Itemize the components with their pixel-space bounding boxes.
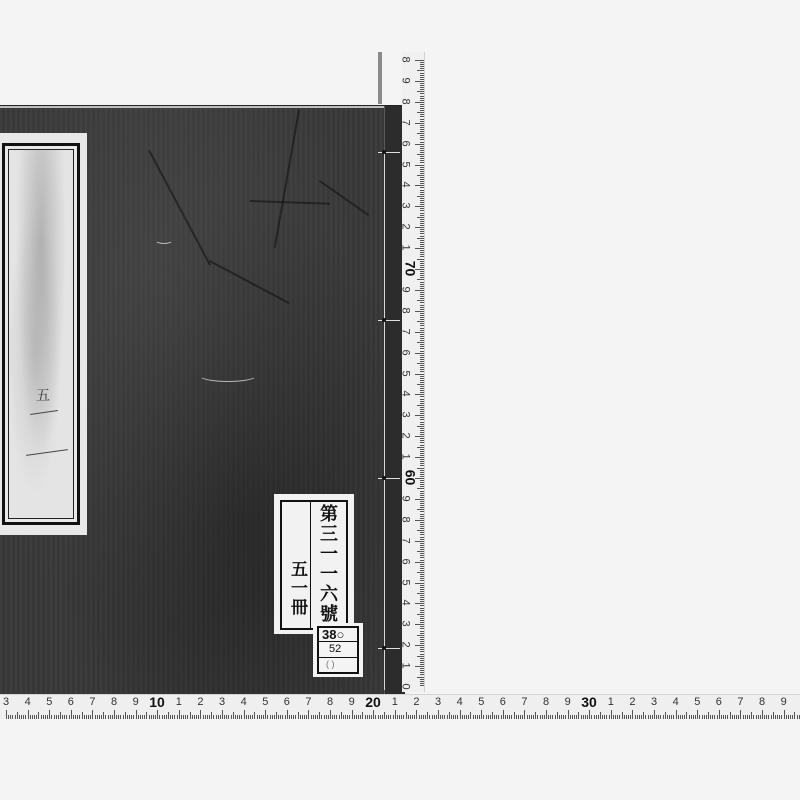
ruler-tick bbox=[516, 715, 517, 719]
ruler-tick bbox=[663, 715, 664, 719]
ruler-tick bbox=[97, 715, 98, 719]
ruler-tick bbox=[415, 165, 424, 166]
ruler-tick bbox=[587, 715, 588, 719]
ruler-tick bbox=[420, 633, 424, 634]
ruler-tick bbox=[401, 715, 402, 719]
ruler-tick bbox=[408, 715, 409, 719]
ruler-tick bbox=[270, 715, 271, 719]
ruler-tick bbox=[69, 715, 70, 719]
stitch-hole bbox=[382, 318, 386, 322]
ruler-tick bbox=[263, 715, 264, 719]
ruler-tick bbox=[420, 62, 424, 63]
ruler-tick bbox=[420, 451, 424, 452]
ruler-tick bbox=[420, 68, 424, 69]
ruler-tick bbox=[420, 169, 424, 170]
ruler-tick bbox=[420, 346, 424, 347]
ruler-label: 6 bbox=[400, 558, 411, 564]
ruler-label: 1 bbox=[608, 697, 614, 708]
ruler-label: 1 bbox=[176, 697, 182, 708]
ruler-tick bbox=[390, 715, 391, 719]
ruler-tick bbox=[420, 486, 424, 487]
ruler-tick bbox=[174, 715, 175, 719]
ruler-tick bbox=[420, 64, 424, 65]
ruler-tick bbox=[420, 244, 424, 245]
ruler-tick bbox=[420, 340, 424, 341]
ruler-tick bbox=[427, 712, 428, 719]
ruler-tick bbox=[415, 144, 424, 145]
ruler-tick bbox=[449, 712, 450, 719]
ruler-tick bbox=[114, 710, 115, 719]
ruler-tick bbox=[420, 367, 424, 368]
ruler-tick bbox=[537, 715, 538, 719]
ruler-label: 3 bbox=[651, 697, 657, 708]
ruler-tick bbox=[420, 576, 424, 577]
ruler-tick bbox=[304, 715, 305, 719]
ruler-tick bbox=[382, 715, 383, 719]
ruler-label: 10 bbox=[149, 697, 165, 708]
ruler-tick bbox=[492, 712, 493, 719]
fiber bbox=[198, 368, 258, 382]
ruler-label: 5 bbox=[478, 697, 484, 708]
ruler-tick bbox=[420, 660, 424, 661]
ruler-tick bbox=[415, 583, 424, 584]
ruler-tick bbox=[71, 710, 72, 719]
ruler-label: 8 bbox=[111, 697, 117, 708]
ruler-tick bbox=[730, 712, 731, 719]
ruler-tick bbox=[168, 712, 169, 719]
ruler-tick bbox=[420, 110, 424, 111]
ruler-tick bbox=[420, 225, 424, 226]
ruler-tick bbox=[28, 710, 29, 719]
ruler-tick bbox=[352, 710, 353, 719]
ruler-tick bbox=[420, 643, 424, 644]
ruler-tick bbox=[420, 392, 424, 393]
ruler-tick bbox=[406, 712, 407, 719]
ruler-tick bbox=[306, 715, 307, 719]
ruler-tick bbox=[420, 647, 424, 648]
ruler-tick bbox=[420, 545, 424, 546]
ruler-tick bbox=[420, 369, 424, 370]
ruler-tick bbox=[760, 715, 761, 719]
ruler-tick bbox=[420, 495, 424, 496]
ruler-tick bbox=[527, 715, 528, 719]
ruler-tick bbox=[220, 715, 221, 719]
ruler-tick bbox=[420, 612, 424, 613]
ruler-tick bbox=[198, 715, 199, 719]
ruler-tick bbox=[241, 715, 242, 719]
ruler-tick bbox=[420, 578, 424, 579]
ruler-tick bbox=[420, 505, 424, 506]
ruler-tick bbox=[280, 715, 281, 719]
ruler-tick bbox=[691, 715, 692, 719]
ruler-tick bbox=[420, 672, 424, 673]
ruler-tick bbox=[420, 187, 424, 188]
ruler-tick bbox=[420, 532, 424, 533]
ruler-label: 4 bbox=[673, 697, 679, 708]
ruler-tick bbox=[420, 553, 424, 554]
ruler-tick bbox=[213, 715, 214, 719]
stitch-hole bbox=[382, 150, 386, 154]
ruler-tick bbox=[420, 424, 424, 425]
ruler-label: 3 bbox=[219, 697, 225, 708]
ruler-tick bbox=[138, 715, 139, 719]
ruler-tick bbox=[420, 679, 424, 680]
ruler-tick bbox=[317, 715, 318, 719]
ruler-tick bbox=[420, 194, 424, 195]
ruler-tick bbox=[420, 566, 424, 567]
ruler-tick bbox=[420, 215, 424, 216]
ruler-tick bbox=[591, 715, 592, 719]
ruler-label: 9 bbox=[400, 77, 411, 83]
ruler-label: 6 bbox=[716, 697, 722, 708]
ruler-tick bbox=[415, 332, 424, 333]
ruler-tick bbox=[417, 259, 424, 260]
ruler-tick bbox=[520, 715, 521, 719]
ruler-tick bbox=[118, 715, 119, 719]
ruler-tick bbox=[507, 715, 508, 719]
ruler-tick bbox=[436, 715, 437, 719]
ruler-tick bbox=[417, 614, 424, 615]
ruler-tick bbox=[606, 715, 607, 719]
ruler-tick bbox=[421, 715, 422, 719]
ruler-tick bbox=[740, 710, 741, 719]
ruler-label: 8 bbox=[759, 697, 765, 708]
ruler-tick bbox=[420, 511, 424, 512]
ruler-tick bbox=[676, 710, 677, 719]
ruler-tick bbox=[32, 715, 33, 719]
ruler-label: 4 bbox=[25, 697, 31, 708]
ruler-tick bbox=[49, 710, 50, 719]
ruler-label: 5 bbox=[694, 697, 700, 708]
ruler-tick bbox=[420, 288, 424, 289]
ruler-tick bbox=[550, 715, 551, 719]
ruler-tick bbox=[673, 715, 674, 719]
ruler-tick bbox=[162, 715, 163, 719]
ruler-tick bbox=[420, 89, 424, 90]
ruler-tick bbox=[420, 348, 424, 349]
ruler-tick bbox=[420, 482, 424, 483]
ruler-tick bbox=[51, 715, 52, 719]
ruler-tick bbox=[609, 715, 610, 719]
ruler-tick bbox=[334, 715, 335, 719]
ruler-tick bbox=[384, 712, 385, 719]
ruler-tick bbox=[321, 715, 322, 719]
ruler-tick bbox=[736, 715, 737, 719]
ruler-tick bbox=[105, 715, 106, 719]
ruler-tick bbox=[420, 428, 424, 429]
ruler-tick bbox=[417, 342, 424, 343]
ruler-tick bbox=[420, 474, 424, 475]
ruler-tick bbox=[447, 715, 448, 719]
ruler-tick bbox=[415, 123, 424, 124]
ruler-tick bbox=[36, 715, 37, 719]
label-divider bbox=[310, 502, 311, 628]
ruler-tick bbox=[25, 715, 26, 719]
ruler-tick bbox=[686, 712, 687, 719]
ruler-tick bbox=[725, 715, 726, 719]
ruler-tick bbox=[585, 715, 586, 719]
ruler-tick bbox=[477, 715, 478, 719]
ruler-tick bbox=[393, 715, 394, 719]
ruler-tick bbox=[420, 202, 424, 203]
ruler-tick bbox=[77, 715, 78, 719]
ruler-tick bbox=[475, 715, 476, 719]
ruler-tick bbox=[209, 715, 210, 719]
ruler-tick bbox=[415, 102, 424, 103]
ruler-tick bbox=[313, 715, 314, 719]
ruler-tick bbox=[285, 715, 286, 719]
ruler-tick bbox=[505, 715, 506, 719]
ruler-tick bbox=[417, 405, 424, 406]
ruler-tick bbox=[412, 715, 413, 719]
ruler-tick bbox=[244, 710, 245, 719]
ruler-tick bbox=[326, 715, 327, 719]
ruler-tick bbox=[420, 313, 424, 314]
horizontal-ruler: 3456789101234567892012345678930123456789 bbox=[0, 694, 800, 719]
ruler-tick bbox=[420, 344, 424, 345]
ruler-tick bbox=[420, 150, 424, 151]
ruler-tick bbox=[420, 470, 424, 471]
ruler-tick bbox=[356, 715, 357, 719]
ruler-tick bbox=[92, 710, 93, 719]
ruler-tick bbox=[420, 338, 424, 339]
ruler-tick bbox=[420, 654, 424, 655]
ruler-tick bbox=[417, 154, 424, 155]
ruler-tick bbox=[420, 302, 424, 303]
ruler-tick bbox=[420, 568, 424, 569]
ruler-tick bbox=[546, 710, 547, 719]
ruler-label: 7 bbox=[737, 697, 743, 708]
ruler-label: 2 bbox=[197, 697, 203, 708]
ruler-tick bbox=[365, 715, 366, 719]
ruler-tick bbox=[420, 501, 424, 502]
ruler-tick bbox=[415, 290, 424, 291]
ruler-label: 1 bbox=[400, 454, 411, 460]
ruler-tick bbox=[723, 715, 724, 719]
ruler-tick bbox=[420, 417, 424, 418]
ruler-tick bbox=[420, 158, 424, 159]
ruler-tick bbox=[415, 415, 424, 416]
ruler-tick bbox=[420, 252, 424, 253]
ruler-tick bbox=[66, 715, 67, 719]
ruler-tick bbox=[420, 233, 424, 234]
ruler-tick bbox=[420, 560, 424, 561]
ruler-tick bbox=[420, 79, 424, 80]
ruler-tick bbox=[226, 715, 227, 719]
ruler-label: 2 bbox=[400, 224, 411, 230]
ruler-tick bbox=[86, 715, 87, 719]
ruler-tick bbox=[535, 712, 536, 719]
ruler-tick bbox=[420, 77, 424, 78]
ruler-tick bbox=[464, 715, 465, 719]
ruler-tick bbox=[420, 449, 424, 450]
ruler-label: 8 bbox=[543, 697, 549, 708]
ruler-tick bbox=[420, 162, 424, 163]
ruler-tick bbox=[420, 574, 424, 575]
ruler-tick bbox=[420, 131, 424, 132]
ruler-tick bbox=[420, 438, 424, 439]
ruler-tick bbox=[146, 712, 147, 719]
ruler-tick bbox=[34, 715, 35, 719]
ruler-tick bbox=[420, 317, 424, 318]
ruler-tick bbox=[30, 715, 31, 719]
ruler-tick bbox=[417, 70, 424, 71]
ruler-tick bbox=[420, 493, 424, 494]
ruler-tick bbox=[420, 267, 424, 268]
ruler-tick bbox=[259, 715, 260, 719]
ruler-tick bbox=[552, 715, 553, 719]
ruler-tick bbox=[211, 712, 212, 719]
ruler-tick bbox=[140, 715, 141, 719]
ruler-tick bbox=[196, 715, 197, 719]
ruler-tick bbox=[420, 315, 424, 316]
ruler-tick bbox=[371, 715, 372, 719]
ruler-tick bbox=[684, 715, 685, 719]
ruler-tick bbox=[417, 468, 424, 469]
ruler-label: 3 bbox=[3, 697, 9, 708]
ruler-tick bbox=[420, 156, 424, 157]
ruler-tick bbox=[420, 399, 424, 400]
ruler-tick bbox=[420, 411, 424, 412]
ruler-tick bbox=[420, 73, 424, 74]
ruler-tick bbox=[420, 528, 424, 529]
ruler-tick bbox=[518, 715, 519, 719]
stamp-row-divider bbox=[319, 657, 357, 658]
ruler-label: 3 bbox=[400, 412, 411, 418]
ruler-tick bbox=[380, 715, 381, 719]
ruler-tick bbox=[397, 715, 398, 719]
ruler-tick bbox=[420, 668, 424, 669]
ruler-label: 8 bbox=[400, 516, 411, 522]
ruler-tick bbox=[420, 641, 424, 642]
ruler-tick bbox=[420, 271, 424, 272]
ruler-tick bbox=[417, 677, 424, 678]
ruler-tick bbox=[583, 715, 584, 719]
ruler-tick bbox=[420, 119, 424, 120]
ruler-tick bbox=[420, 152, 424, 153]
ruler-tick bbox=[481, 710, 482, 719]
ruler-tick bbox=[420, 87, 424, 88]
ruler-tick bbox=[420, 208, 424, 209]
ruler-tick bbox=[332, 715, 333, 719]
ruler-label: 8 bbox=[400, 98, 411, 104]
ruler-tick bbox=[488, 715, 489, 719]
ruler-tick bbox=[797, 715, 798, 719]
ruler-tick bbox=[246, 715, 247, 719]
ruler-tick bbox=[420, 334, 424, 335]
ruler-tick bbox=[420, 284, 424, 285]
ruler-tick bbox=[699, 715, 700, 719]
ruler-tick bbox=[420, 229, 424, 230]
ruler-tick bbox=[420, 223, 424, 224]
title-slip-mark: 五 bbox=[36, 385, 50, 405]
ruler-tick bbox=[237, 715, 238, 719]
ruler-tick bbox=[721, 715, 722, 719]
ruler-tick bbox=[420, 616, 424, 617]
ruler-tick bbox=[420, 135, 424, 136]
ruler-tick bbox=[222, 710, 223, 719]
ruler-tick bbox=[665, 712, 666, 719]
ruler-tick bbox=[420, 336, 424, 337]
ruler-tick bbox=[415, 206, 424, 207]
ruler-tick bbox=[62, 715, 63, 719]
ruler-tick bbox=[420, 273, 424, 274]
ruler-tick bbox=[758, 715, 759, 719]
ruler-tick bbox=[420, 440, 424, 441]
ruler-tick bbox=[420, 200, 424, 201]
ruler-tick bbox=[466, 715, 467, 719]
ruler-tick bbox=[650, 715, 651, 719]
ruler-tick bbox=[470, 712, 471, 719]
ruler-tick bbox=[420, 242, 424, 243]
ruler-label: 6 bbox=[68, 697, 74, 708]
ruler-tick bbox=[420, 292, 424, 293]
ruler-label: 4 bbox=[400, 182, 411, 188]
ruler-tick bbox=[420, 595, 424, 596]
ruler-tick bbox=[529, 715, 530, 719]
ruler-tick bbox=[367, 715, 368, 719]
ruler-tick bbox=[434, 715, 435, 719]
ruler-tick bbox=[420, 148, 424, 149]
ruler-tick bbox=[792, 715, 793, 719]
ruler-tick bbox=[420, 622, 424, 623]
ruler-tick bbox=[598, 715, 599, 719]
ruler-tick bbox=[200, 710, 201, 719]
ruler-tick bbox=[420, 534, 424, 535]
ruler-tick bbox=[261, 715, 262, 719]
ruler-tick bbox=[420, 403, 424, 404]
ruler-tick bbox=[420, 277, 424, 278]
ruler-tick bbox=[619, 715, 620, 719]
ruler-tick bbox=[420, 430, 424, 431]
ruler-tick bbox=[252, 715, 253, 719]
ruler-tick bbox=[336, 715, 337, 719]
ruler-tick bbox=[473, 715, 474, 719]
ruler-tick bbox=[420, 365, 424, 366]
ruler-label: 70 bbox=[404, 261, 415, 277]
ruler-tick bbox=[75, 715, 76, 719]
ruler-tick bbox=[617, 715, 618, 719]
ruler-tick bbox=[369, 715, 370, 719]
ruler-tick bbox=[15, 715, 16, 719]
ruler-tick bbox=[420, 591, 424, 592]
ruler-tick bbox=[420, 371, 424, 372]
ruler-tick bbox=[420, 171, 424, 172]
ruler-tick bbox=[745, 715, 746, 719]
ruler-tick bbox=[524, 710, 525, 719]
ruler-tick bbox=[315, 715, 316, 719]
ruler-tick bbox=[416, 710, 417, 719]
ruler-tick bbox=[420, 256, 424, 257]
ruler-tick bbox=[343, 715, 344, 719]
ruler-tick bbox=[101, 715, 102, 719]
ruler-tick bbox=[604, 715, 605, 719]
ruler-tick bbox=[420, 83, 424, 84]
ruler-tick bbox=[420, 626, 424, 627]
ruler-tick bbox=[420, 100, 424, 101]
ruler-tick bbox=[498, 715, 499, 719]
ruler-tick bbox=[589, 710, 590, 719]
ruler-tick bbox=[717, 715, 718, 719]
ruler-tick bbox=[289, 715, 290, 719]
ruler-tick bbox=[395, 710, 396, 719]
ruler-tick bbox=[420, 455, 424, 456]
ruler-tick bbox=[420, 480, 424, 481]
ruler-tick bbox=[278, 715, 279, 719]
ruler-tick bbox=[420, 294, 424, 295]
ruler-tick bbox=[514, 712, 515, 719]
ruler-label: 7 bbox=[400, 328, 411, 334]
